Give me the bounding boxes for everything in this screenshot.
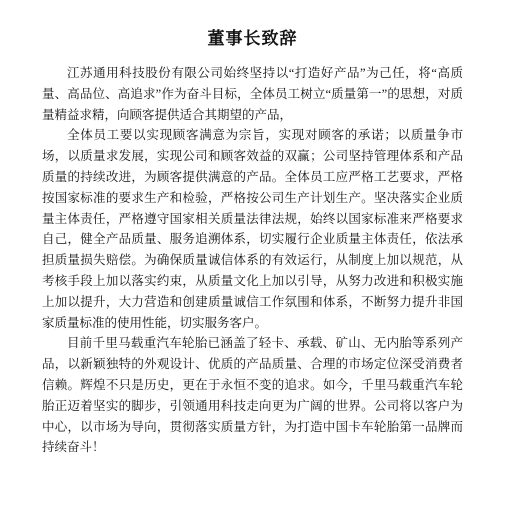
paragraph-1: 江苏通用科技股份有限公司始终坚持以“打造好产品”为己任，将“高质量、高品位、高追…: [42, 63, 463, 125]
document-body: 江苏通用科技股份有限公司始终坚持以“打造好产品”为己任，将“高质量、高品位、高追…: [42, 63, 463, 458]
document-page: 董事长致辞 江苏通用科技股份有限公司始终坚持以“打造好产品”为己任，将“高质量、…: [0, 0, 505, 516]
paragraph-3: 目前千里马载重汽车轮胎已涵盖了轻卡、承载、矿山、无内胎等系列产品，以新颖独特的外…: [42, 333, 463, 458]
paragraph-2: 全体员工要以实现顾客满意为宗旨，实现对顾客的承诺；以质量争市场，以质量求发展，实…: [42, 125, 463, 333]
page-title: 董事长致辞: [0, 28, 505, 50]
